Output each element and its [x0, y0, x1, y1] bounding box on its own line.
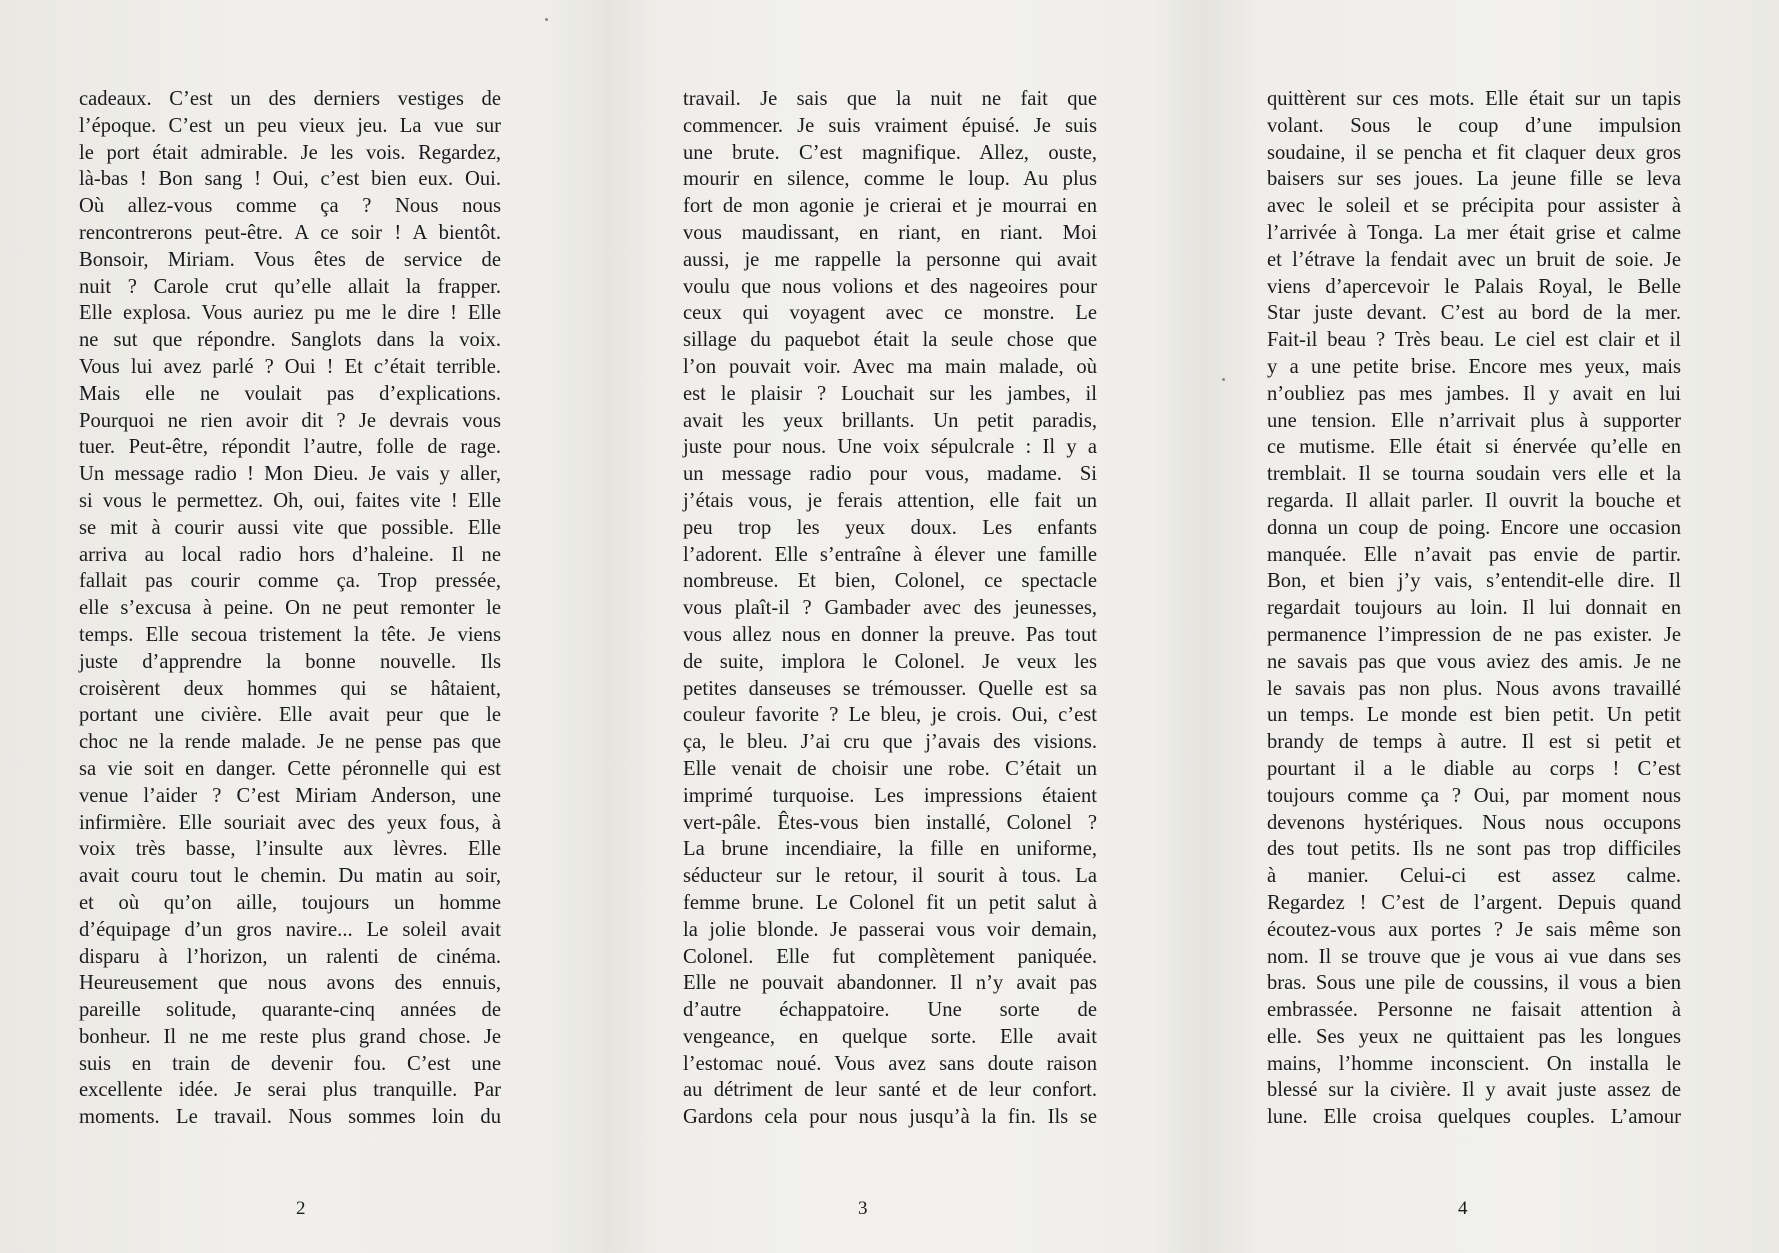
scan-speck — [545, 18, 548, 21]
page-number: 3 — [858, 1198, 868, 1220]
text-line: se mit à courir aussi vite que possible.… — [79, 515, 501, 542]
text-line: fallait pas courir comme ça. Trop pressé… — [79, 568, 501, 595]
text-line: soudaine, il se pencha et fit claquer de… — [1267, 140, 1681, 167]
leaflet-sheet: cadeaux. C’est un des derniers vestiges … — [0, 0, 1779, 1253]
text-line: peu trop les yeux doux. Les enfants — [683, 515, 1097, 542]
text-line: croisèrent deux hommes qui se hâtaient, — [79, 676, 501, 703]
text-line: Gardons cela pour nous jusqu’à la fin. I… — [683, 1104, 1097, 1131]
text-line: Fait-il beau ? Très beau. Le ciel est cl… — [1267, 327, 1681, 354]
text-line: travail. Je sais que la nuit ne fait que — [683, 86, 1097, 113]
text-line: nom. Il se trouve que je vous ai vue dan… — [1267, 944, 1681, 971]
text-line: le savais pas non plus. Nous avons trava… — [1267, 676, 1681, 703]
text-line: pourtant il a le diable au corps ! C’est — [1267, 756, 1681, 783]
text-line: regarda. Il allait parler. Il ouvrit la … — [1267, 488, 1681, 515]
text-column: cadeaux. C’est un des derniers vestiges … — [79, 86, 501, 1131]
text-line: et où qu’on aille, toujours un homme — [79, 890, 501, 917]
text-line: lune. Elle croisa quelques couples. L’am… — [1267, 1104, 1681, 1131]
text-line: devenons hystériques. Nous nous occupons — [1267, 810, 1681, 837]
text-line: petites danseuses se trémousser. Quelle … — [683, 676, 1097, 703]
text-line: Mais elle ne voulait pas d’explications. — [79, 381, 501, 408]
text-line: Elle venait de choisir une robe. C’était… — [683, 756, 1097, 783]
text-line: aussi, je me rappelle la personne qui av… — [683, 247, 1097, 274]
text-line: Regardez ! C’est de l’argent. Depuis qua… — [1267, 890, 1681, 917]
text-line: de suite, implora le Colonel. Je veux le… — [683, 649, 1097, 676]
text-line: juste pour nous. Une voix sépulcrale : I… — [683, 434, 1097, 461]
text-line: avec le soleil et se précipita pour assi… — [1267, 193, 1681, 220]
text-line: Pourquoi ne rien avoir dit ? Je devrais … — [79, 408, 501, 435]
text-line: des tout petits. Ils ne sont pas trop di… — [1267, 836, 1681, 863]
text-line: moments. Le travail. Nous sommes loin du — [79, 1104, 501, 1131]
text-line: fort de mon agonie je crierai et je mour… — [683, 193, 1097, 220]
text-line: juste d’apprendre la bonne nouvelle. Ils — [79, 649, 501, 676]
text-line: Heureusement que nous avons des ennuis, — [79, 970, 501, 997]
text-line: d’équipage d’un gros navire... Le soleil… — [79, 917, 501, 944]
text-line: Star juste devant. C’est au bord de la m… — [1267, 300, 1681, 327]
text-line: ça, le bleu. J’ai cru que j’avais des vi… — [683, 729, 1097, 756]
text-line: embrassée. Personne ne faisait attention… — [1267, 997, 1681, 1024]
text-line: si vous le permettez. Oh, oui, faites vi… — [79, 488, 501, 515]
text-line: commencer. Je suis vraiment épuisé. Je s… — [683, 113, 1097, 140]
text-line: permanence l’impression de ne pas existe… — [1267, 622, 1681, 649]
text-line: rencontrerons peut-être. A ce soir ! A b… — [79, 220, 501, 247]
text-line: mains, l’homme inconscient. On installa … — [1267, 1051, 1681, 1078]
text-line: l’adorent. Elle s’entraîne à élever une … — [683, 542, 1097, 569]
text-line: suis en train de devenir fou. C’est une — [79, 1051, 501, 1078]
text-line: là-bas ! Bon sang ! Oui, c’est bien eux.… — [79, 166, 501, 193]
text-line: un temps. Le monde est bien petit. Un pe… — [1267, 702, 1681, 729]
text-line: vert-pâle. Êtes-vous bien installé, Colo… — [683, 810, 1097, 837]
text-line: La brune incendiaire, la fille en unifor… — [683, 836, 1097, 863]
text-line: vengeance, en quelque sorte. Elle avait — [683, 1024, 1097, 1051]
text-line: bras. Sous une pile de coussins, il vous… — [1267, 970, 1681, 997]
text-line: avait couru tout le chemin. Du matin au … — [79, 863, 501, 890]
text-line: Où allez-vous comme ça ? Nous nous — [79, 193, 501, 220]
text-line: infirmière. Elle souriait avec des yeux … — [79, 810, 501, 837]
page-number: 2 — [296, 1198, 306, 1220]
text-line: voulu que nous volions et des nageoires … — [683, 274, 1097, 301]
text-line: volant. Sous le coup d’une impulsion — [1267, 113, 1681, 140]
text-line: avait les yeux brillants. Un petit parad… — [683, 408, 1097, 435]
text-line: cadeaux. C’est un des derniers vestiges … — [79, 86, 501, 113]
text-line: le port était admirable. Je les vois. Re… — [79, 140, 501, 167]
text-line: nuit ? Carole crut qu’elle allait la fra… — [79, 274, 501, 301]
text-line: sillage du paquebot était la seule chose… — [683, 327, 1097, 354]
text-line: baisers sur ses joues. La jeune fille se… — [1267, 166, 1681, 193]
text-line: séducteur sur le retour, il sourit à tou… — [683, 863, 1097, 890]
text-line: tremblait. Il se tourna soudain vers ell… — [1267, 461, 1681, 488]
text-line: toujours comme ça ? Oui, par moment nous — [1267, 783, 1681, 810]
text-column: travail. Je sais que la nuit ne fait que… — [683, 86, 1097, 1131]
text-line: viens d’apercevoir le Palais Royal, le B… — [1267, 274, 1681, 301]
text-line: femme brune. Le Colonel fit un petit sal… — [683, 890, 1097, 917]
text-line: temps. Elle secoua tristement la tête. J… — [79, 622, 501, 649]
text-line: excellente idée. Je serai plus tranquill… — [79, 1077, 501, 1104]
text-line: l’on pouvait voir. Avec ma main malade, … — [683, 354, 1097, 381]
text-line: n’oubliez pas mes jambes. Il y avait en … — [1267, 381, 1681, 408]
text-line: brandy de temps à autre. Il est si petit… — [1267, 729, 1681, 756]
text-line: disparu à l’horizon, un ralenti de ciném… — [79, 944, 501, 971]
text-line: elle s’excusa à peine. On ne peut remont… — [79, 595, 501, 622]
text-line: arriva au local radio hors d’haleine. Il… — [79, 542, 501, 569]
text-line: vous plaît-il ? Gambader avec des jeunes… — [683, 595, 1097, 622]
text-line: manquée. Elle n’avait pas envie de parti… — [1267, 542, 1681, 569]
page-panel-4: quittèrent sur ces mots. Elle était sur … — [1200, 0, 1779, 1253]
text-line: tuer. Peut-être, répondit l’autre, folle… — [79, 434, 501, 461]
text-line: donna un coup de poing. Encore une occas… — [1267, 515, 1681, 542]
text-line: j’étais vous, je ferais attention, elle … — [683, 488, 1097, 515]
text-line: Bonsoir, Miriam. Vous êtes de service de — [79, 247, 501, 274]
page-number: 4 — [1458, 1198, 1468, 1220]
text-line: ce mutisme. Elle était si énervée qu’ell… — [1267, 434, 1681, 461]
text-line: y a une petite brise. Encore mes yeux, m… — [1267, 354, 1681, 381]
text-line: vous maudissant, en riant, en riant. Moi — [683, 220, 1097, 247]
text-line: Un message radio ! Mon Dieu. Je vais y a… — [79, 461, 501, 488]
text-line: ceux qui voyagent avec ce monstre. Le — [683, 300, 1097, 327]
text-line: une tension. Elle n’arrivait plus à supp… — [1267, 408, 1681, 435]
text-line: nombreuse. Et bien, Colonel, ce spectacl… — [683, 568, 1097, 595]
text-line: l’arrivée à Tonga. La mer était grise et… — [1267, 220, 1681, 247]
text-line: quittèrent sur ces mots. Elle était sur … — [1267, 86, 1681, 113]
text-line: voix très basse, l’insulte aux lèvres. E… — [79, 836, 501, 863]
text-line: écoutez-vous aux portes ? Je sais même s… — [1267, 917, 1681, 944]
text-line: Bon, et bien j’y vais, s’entendit-elle d… — [1267, 568, 1681, 595]
text-column: quittèrent sur ces mots. Elle était sur … — [1267, 86, 1681, 1131]
text-line: Colonel. Elle fut complètement paniquée. — [683, 944, 1097, 971]
text-line: un message radio pour vous, madame. Si — [683, 461, 1097, 488]
text-line: d’autre échappatoire. Une sorte de — [683, 997, 1097, 1024]
scan-speck — [1222, 378, 1225, 381]
text-line: à manier. Celui-ci est assez calme. — [1267, 863, 1681, 890]
text-line: l’estomac noué. Vous avez sans doute rai… — [683, 1051, 1097, 1078]
text-line: regardait toujours au loin. Il lui donna… — [1267, 595, 1681, 622]
text-line: sa vie soit en danger. Cette péronnelle … — [79, 756, 501, 783]
text-line: ne savais pas que vous aviez des amis. J… — [1267, 649, 1681, 676]
text-line: imprimé turquoise. Les impressions étaie… — [683, 783, 1097, 810]
text-line: couleur favorite ? Le bleu, je crois. Ou… — [683, 702, 1097, 729]
page-panel-2: cadeaux. C’est un des derniers vestiges … — [0, 0, 605, 1253]
text-line: pareille solitude, quarante-cinq années … — [79, 997, 501, 1024]
text-line: portant une civière. Elle avait peur que… — [79, 702, 501, 729]
text-line: Vous lui avez parlé ? Oui ! Et c’était t… — [79, 354, 501, 381]
text-line: elle. Ses yeux ne quittaient pas les lon… — [1267, 1024, 1681, 1051]
text-line: mourir en silence, comme le loup. Au plu… — [683, 166, 1097, 193]
text-line: au détriment de leur santé et de leur co… — [683, 1077, 1097, 1104]
text-line: la jolie blonde. Je passerai vous voir d… — [683, 917, 1097, 944]
text-line: et l’étrave la fendait avec un bruit de … — [1267, 247, 1681, 274]
text-line: choc ne la rende malade. Je ne pense pas… — [79, 729, 501, 756]
text-line: bonheur. Il ne me reste plus grand chose… — [79, 1024, 501, 1051]
text-line: Elle ne pouvait abandonner. Il n’y avait… — [683, 970, 1097, 997]
text-line: ne sut que répondre. Sanglots dans la vo… — [79, 327, 501, 354]
page-panel-3: travail. Je sais que la nuit ne fait que… — [605, 0, 1200, 1253]
text-line: une brute. C’est magnifique. Allez, oust… — [683, 140, 1097, 167]
text-line: blessé sur la civière. Il y avait juste … — [1267, 1077, 1681, 1104]
text-line: Elle explosa. Vous auriez pu me le dire … — [79, 300, 501, 327]
text-line: vous allez nous en donner la preuve. Pas… — [683, 622, 1097, 649]
text-line: venue l’aider ? C’est Miriam Anderson, u… — [79, 783, 501, 810]
text-line: est le plaisir ? Louchait sur les jambes… — [683, 381, 1097, 408]
text-line: l’époque. C’est un peu vieux jeu. La vue… — [79, 113, 501, 140]
